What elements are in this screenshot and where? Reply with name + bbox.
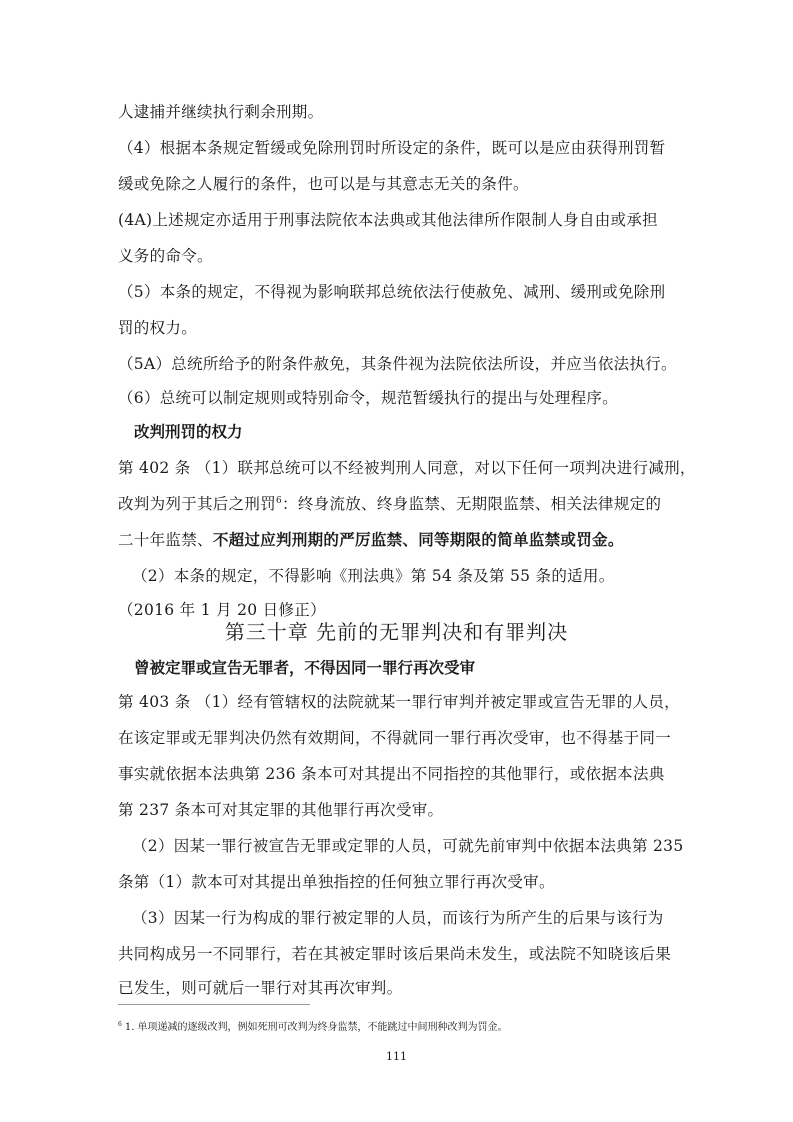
footnote-divider — [118, 1004, 310, 1005]
footnote-text: 1. 单项递减的逐级改判，例如死刑可改判为终身监禁，不能跳过中间刑种改判为罚金。 — [125, 1022, 508, 1033]
text: 改判为列于其后之刑罚 — [118, 495, 276, 513]
article-403-line: 事实就依据本法典第 236 条本可对其提出不同指控的其他罪行，或依据本法典 — [118, 762, 665, 784]
article-403-line: （3）因某一行为构成的罪行被定罪的人员，而该行为所产生的后果与该行为 — [132, 906, 664, 928]
paragraph-line: 罚的权力。 — [118, 316, 197, 338]
article-403-line: （2）因某一罪行被宣告无罪或定罪的人员，可就先前审判中依据本法典第 235 — [132, 834, 683, 856]
bold-text: 不超过应判刑期的严厉监禁、同等期限的简单监禁或罚金。 — [213, 530, 624, 549]
section-heading: 曾被定罪或宣告无罪者，不得因同一罪行再次受审 — [134, 656, 475, 678]
article-403-line: 已发生，则可就后一罪行对其再次审判。 — [118, 976, 402, 998]
paragraph-line: （4）根据本条规定暂缓或免除刑罚时所设定的条件，既可以是应由获得刑罚暂 — [118, 136, 665, 158]
paragraph-line: 缓或免除之人履行的条件，也可以是与其意志无关的条件。 — [118, 172, 529, 194]
paragraph-line: 义务的命令。 — [118, 244, 213, 266]
paragraph-line: (4A)上述规定亦适用于刑事法院依本法典或其他法律所作限制人身自由或承担 — [118, 208, 658, 230]
article-403-line: 共同构成另一不同罪行，若在其被定罪时该后果尚未发生，或法院不知晓该后果 — [118, 942, 671, 964]
paragraph-line: （5A）总统所给予的附条件赦免，其条件视为法院依法所设，并应当依法执行。 — [118, 352, 677, 374]
article-403-line: 条第（1）款本可对其提出单独指控的任何独立罪行再次受审。 — [118, 870, 555, 892]
article-402-line: 改判为列于其后之刑罚6：终身流放、终身监禁、无期限监禁、相关法律规定的 — [118, 492, 661, 514]
page-number: 111 — [0, 1050, 793, 1063]
section-heading: 改判刑罚的权力 — [134, 420, 243, 442]
footnote: 61. 单项递减的逐级改判，例如死刑可改判为终身监禁，不能跳过中间刑种改判为罚金… — [118, 1018, 508, 1033]
paragraph-line: 人逮捕并继续执行剩余刑期。 — [118, 100, 323, 122]
article-403-line: 第 403 条 （1）经有管辖权的法院就某一罪行审判并被定罪或宣告无罪的人员， — [118, 690, 680, 712]
text: ：终身流放、终身监禁、无期限监禁、相关法律规定的 — [282, 495, 661, 513]
article-402-line: （2）本条的规定，不得影响《刑法典》第 54 条及第 55 条的适用。 — [132, 564, 615, 586]
article-403-line: 第 237 条本可对其定罪的其他罪行再次受审。 — [118, 798, 443, 820]
chapter-title: 第三十章 先前的无罪判决和有罪判决 — [0, 616, 793, 645]
article-402-line: 二十年监禁、不超过应判刑期的严厉监禁、同等期限的简单监禁或罚金。 — [118, 528, 624, 550]
article-402-line: 第 402 条 （1）联邦总统可以不经被判刑人同意，对以下任何一项判决进行减刑， — [118, 456, 696, 478]
paragraph-line: （5）本条的规定，不得视为影响联邦总统依法行使赦免、减刑、缓刑或免除刑 — [118, 280, 665, 302]
paragraph-line: （6）总统可以制定规则或特别命令，规范暂缓执行的提出与处理程序。 — [118, 386, 618, 408]
article-403-line: 在该定罪或无罪判决仍然有效期间，不得就同一罪行再次受审，也不得基于同一 — [118, 726, 671, 748]
text: 二十年监禁、 — [118, 531, 213, 549]
footnote-mark: 6 — [118, 1021, 122, 1028]
